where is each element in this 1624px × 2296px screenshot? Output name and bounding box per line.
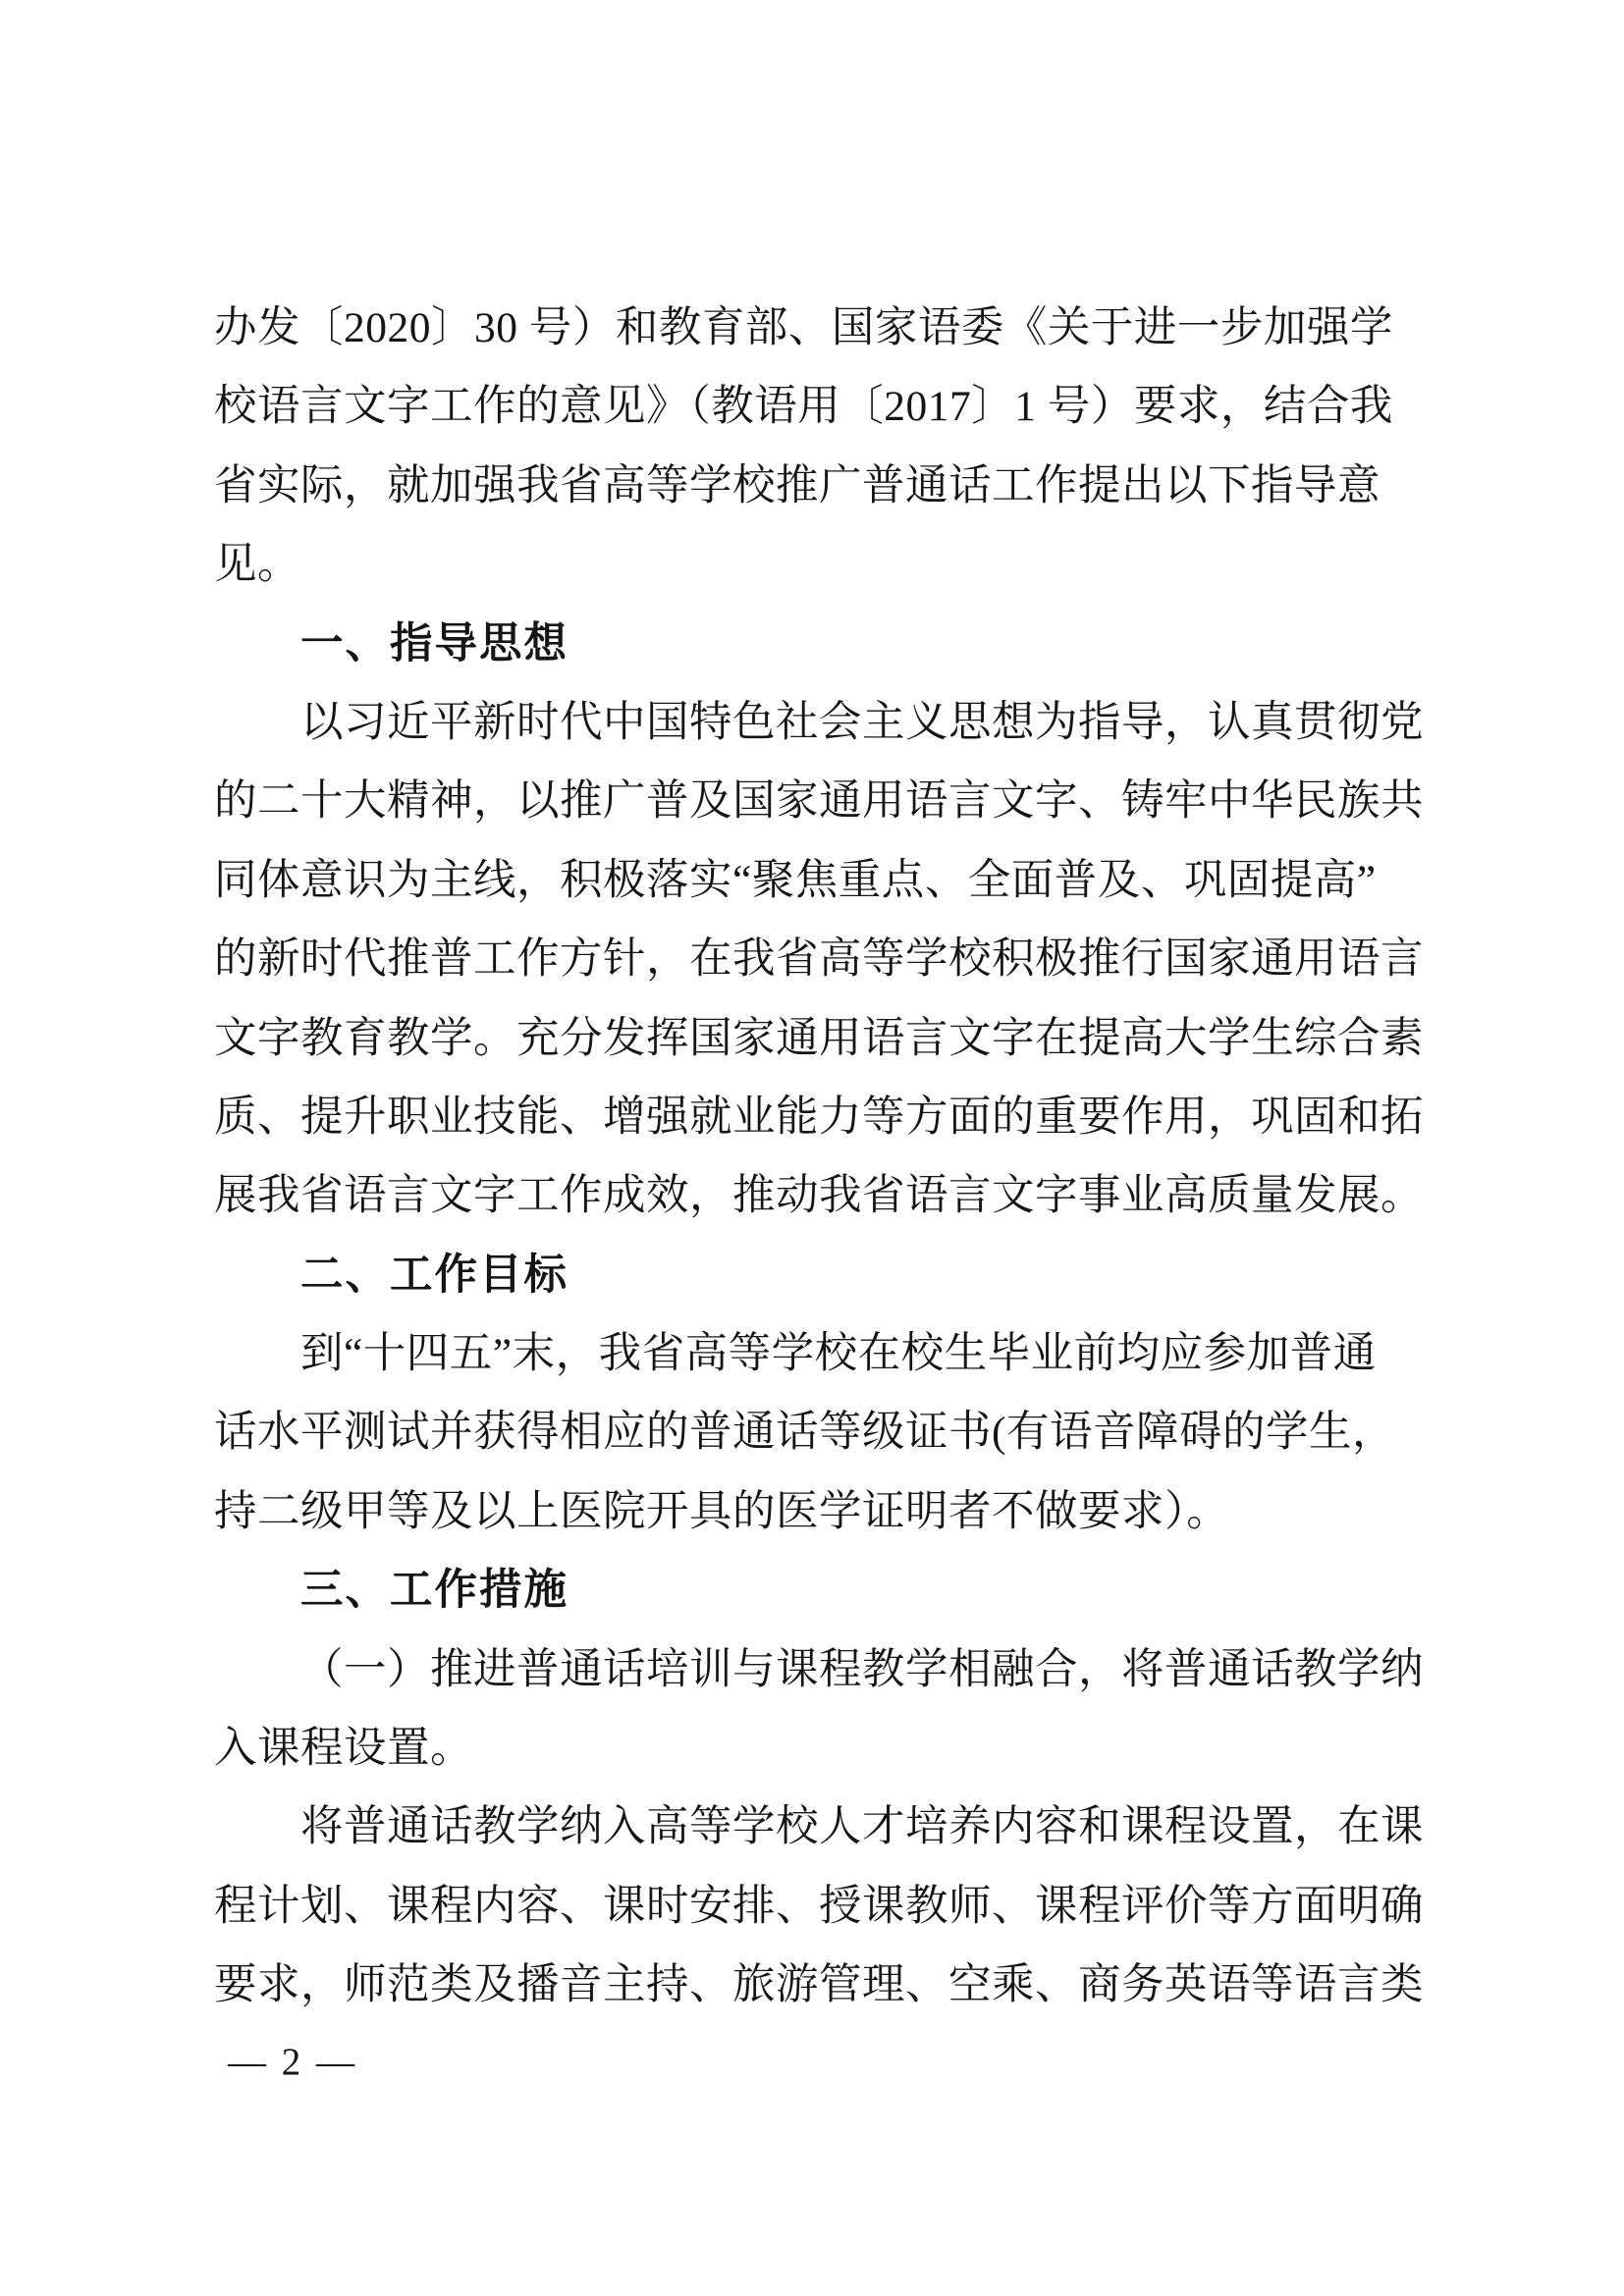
text-line: 到“十四五”末，我省高等学校在校生毕业前均应参加普通 (214, 1314, 1416, 1393)
document-body: 办发〔2020〕30 号）和教育部、国家语委《关于进一步加强学 校语言文字工作的… (214, 289, 1416, 2025)
section-heading-2: 二、工作目标 (214, 1236, 1416, 1314)
text-line: 将普通话教学纳入高等学校人才培养内容和课程设置，在课 (214, 1788, 1416, 1866)
text-line: 话水平测试并获得相应的普通话等级证书(有语音障碍的学生， (214, 1393, 1416, 1471)
text-line: 同体意识为主线，积极落实“聚焦重点、全面普及、巩固提高” (214, 841, 1416, 920)
text-line: 展我省语言文字工作成效，推动我省语言文字事业高质量发展。 (214, 1156, 1416, 1235)
text-line: 以习近平新时代中国特色社会主义思想为指导，认真贯彻党 (214, 683, 1416, 762)
text-line: 的新时代推普工作方针，在我省高等学校积极推行国家通用语言 (214, 920, 1416, 998)
document-page: 办发〔2020〕30 号）和教育部、国家语委《关于进一步加强学 校语言文字工作的… (0, 0, 1624, 2296)
text-line: 的二十大精神，以推广普及国家通用语言文字、铸牢中华民族共 (214, 762, 1416, 840)
section-heading-3: 三、工作措施 (214, 1551, 1416, 1629)
text-line: 程计划、课程内容、课时安排、授课教师、课程评价等方面明确 (214, 1867, 1416, 1946)
text-line: 校语言文字工作的意见》（教语用〔2017〕1 号）要求，结合我 (214, 367, 1416, 446)
page-number: — 2 — (228, 2040, 357, 2085)
text-line: 质、提升职业技能、增强就业能力等方面的重要作用，巩固和拓 (214, 1078, 1416, 1156)
text-line: 要求，师范类及播音主持、旅游管理、空乘、商务英语等语言类 (214, 1946, 1416, 2024)
section-heading-1: 一、指导思想 (214, 605, 1416, 683)
text-line: 入课程设置。 (214, 1709, 1416, 1788)
text-line: 省实际，就加强我省高等学校推广普通话工作提出以下指导意 (214, 447, 1416, 525)
text-line: （一）推进普通话培训与课程教学相融合，将普通话教学纳 (214, 1630, 1416, 1709)
text-line: 持二级甲等及以上医院开具的医学证明者不做要求）。 (214, 1472, 1416, 1551)
text-line: 文字教育教学。充分发挥国家通用语言文字在提高大学生综合素 (214, 999, 1416, 1078)
text-line: 办发〔2020〕30 号）和教育部、国家语委《关于进一步加强学 (214, 289, 1416, 367)
text-line: 见。 (214, 525, 1416, 604)
